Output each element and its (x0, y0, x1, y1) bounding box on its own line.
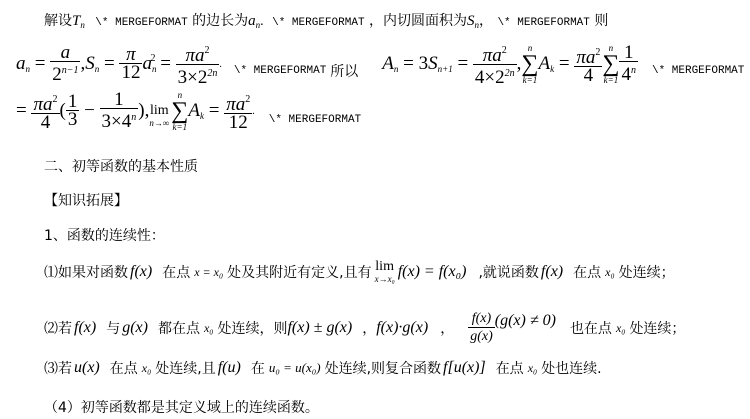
line-2-equation: an = a2n−1 ,Sn = π12 an2 = πa23×22n . \*… (16, 42, 744, 86)
text: 也在点 (570, 318, 612, 338)
math: x₀ (616, 321, 626, 336)
line-3-equation: = πa24 ( 13 − 13×4n ), limn→∞ n∑k=1 Ak =… (16, 88, 361, 134)
text: 在点 (162, 262, 190, 282)
item-3: ⑶ 若 u(x) 在点 x₀ 处连续,且 f(u) 在 u₀ = u(x₀) 处… (44, 358, 602, 378)
math: f(x)·g(x) (376, 319, 428, 337)
math: u₀ = u(x₀) (269, 360, 321, 376)
text: 在点 (573, 262, 601, 282)
math: g(x) (122, 319, 148, 337)
math: f[u(x)] (443, 359, 486, 377)
text: . (260, 14, 264, 29)
math: x₀ (204, 321, 214, 336)
text: 在 (251, 358, 265, 378)
math: x₀ (142, 361, 152, 376)
text: 处及其附近有定义,且有 (227, 262, 371, 282)
text-so: 所以 (330, 61, 358, 81)
section-title: 二、初等函数的基本性质 (44, 156, 198, 176)
item-number: ⑴ (44, 262, 58, 282)
math-a: a (248, 13, 256, 29)
text: 与 (106, 318, 120, 338)
mergeformat-field: \* MERGEFORMAT (497, 17, 589, 29)
math-denominator: g(x) (468, 328, 495, 346)
line-1: 解设Tn \* MERGEFORMAT 的边长为an. \* MERGEFORM… (44, 10, 608, 30)
text: 如果对函数 (58, 262, 128, 282)
text: ， (440, 318, 454, 338)
math: f(u) (218, 359, 241, 377)
text: 若 (58, 318, 72, 338)
math-numerator: f(x) (468, 310, 495, 328)
math-sub: x→x₀ (375, 274, 395, 284)
math: f(x) (74, 319, 96, 337)
mergeformat-field: \* MERGEFORMAT (234, 65, 326, 77)
math: x₀ (528, 361, 538, 376)
text: 处连续； (619, 262, 675, 282)
text: 的边长为 (192, 13, 248, 29)
subsection-title: 1、函数的连续性： (44, 225, 165, 245)
mergeformat-field: \* MERGEFORMAT (95, 17, 187, 29)
text: ,就说函数 (478, 262, 538, 282)
math: f(x) = f(x₀) (398, 263, 467, 281)
text: 在点 (496, 358, 524, 378)
math: f(x) (130, 263, 152, 281)
text: 则 (594, 13, 608, 29)
item-number: ⑶ (44, 358, 58, 378)
mergeformat-field: \* MERGEFORMAT (269, 114, 361, 126)
text: 处连续,则复合函数 (325, 358, 441, 378)
text: 在点 (110, 358, 138, 378)
text: 处连续,且 (155, 358, 215, 378)
item-number: ⑵ (44, 318, 58, 338)
math-S: S (467, 13, 475, 29)
math-lim: lim (375, 260, 395, 274)
math: x = x₀ (194, 265, 223, 280)
text: 都在点 (158, 318, 200, 338)
text: ， (479, 13, 493, 29)
math-sub: n (80, 20, 85, 30)
text: 解设 (44, 13, 72, 29)
item-2: ⑵ 若 f(x) 与 g(x) 都在点 x₀ 处连续，则 f(x) ± g(x)… (44, 310, 685, 346)
text: ， (362, 318, 376, 338)
math: u(x) (74, 359, 100, 377)
math: f(x) (541, 263, 563, 281)
knowledge-heading: 【知识拓展】 (44, 190, 128, 210)
mergeformat-field: \* MERGEFORMAT (272, 17, 364, 29)
mergeformat-field: \* MERGEFORMAT (652, 65, 744, 77)
item-4: （4）初等函数都是其定义域上的连续函数。 (44, 397, 319, 417)
text: 处连续，则 (217, 318, 287, 338)
item-1: ⑴ 如果对函数 f(x) 在点 x = x₀ 处及其附近有定义,且有 limx→… (44, 260, 675, 284)
text: ，内切圆面积为 (369, 13, 467, 29)
math: f(x) ± g(x) (287, 319, 352, 337)
math: x₀ (605, 265, 615, 280)
text: 处也连续. (541, 358, 601, 378)
text: 若 (58, 358, 72, 378)
math: (g(x) ≠ 0) (495, 312, 556, 330)
text: 处连续； (629, 318, 685, 338)
